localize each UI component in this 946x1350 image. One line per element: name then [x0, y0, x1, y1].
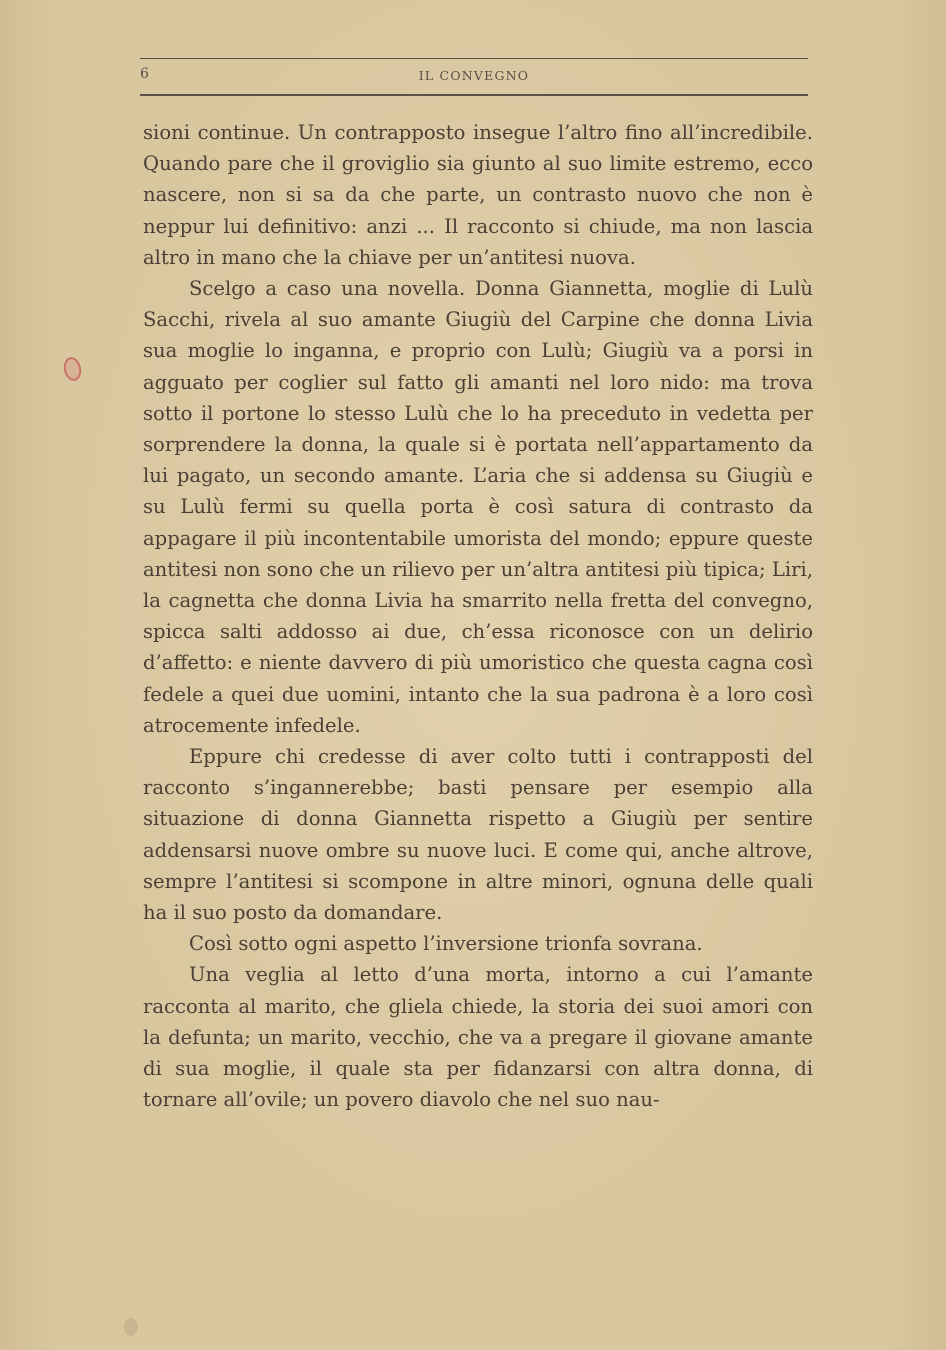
header-rule-bottom: [140, 94, 808, 96]
running-head: 6 IL CONVEGNO: [140, 55, 808, 95]
paragraph-1: sioni continue. Un contrapposto insegue …: [143, 117, 813, 273]
paragraph-2: Scelgo a caso una novella. Donna Giannet…: [143, 273, 813, 741]
header-rule-top: [140, 58, 808, 59]
paragraph-5: Una veglia al letto d’una morta, intorno…: [143, 959, 813, 1115]
library-stamp-icon: [62, 355, 84, 382]
paper-smudge: [124, 1318, 138, 1336]
body-text: sioni continue. Un contrapposto insegue …: [143, 117, 813, 1116]
journal-title: IL CONVEGNO: [140, 68, 808, 83]
paragraph-3: Eppure chi credesse di aver colto tutti …: [143, 741, 813, 928]
paragraph-4: Così sotto ogni aspetto l’inversione tri…: [143, 928, 813, 959]
book-page: 6 IL CONVEGNO sioni continue. Un contrap…: [0, 0, 946, 1350]
